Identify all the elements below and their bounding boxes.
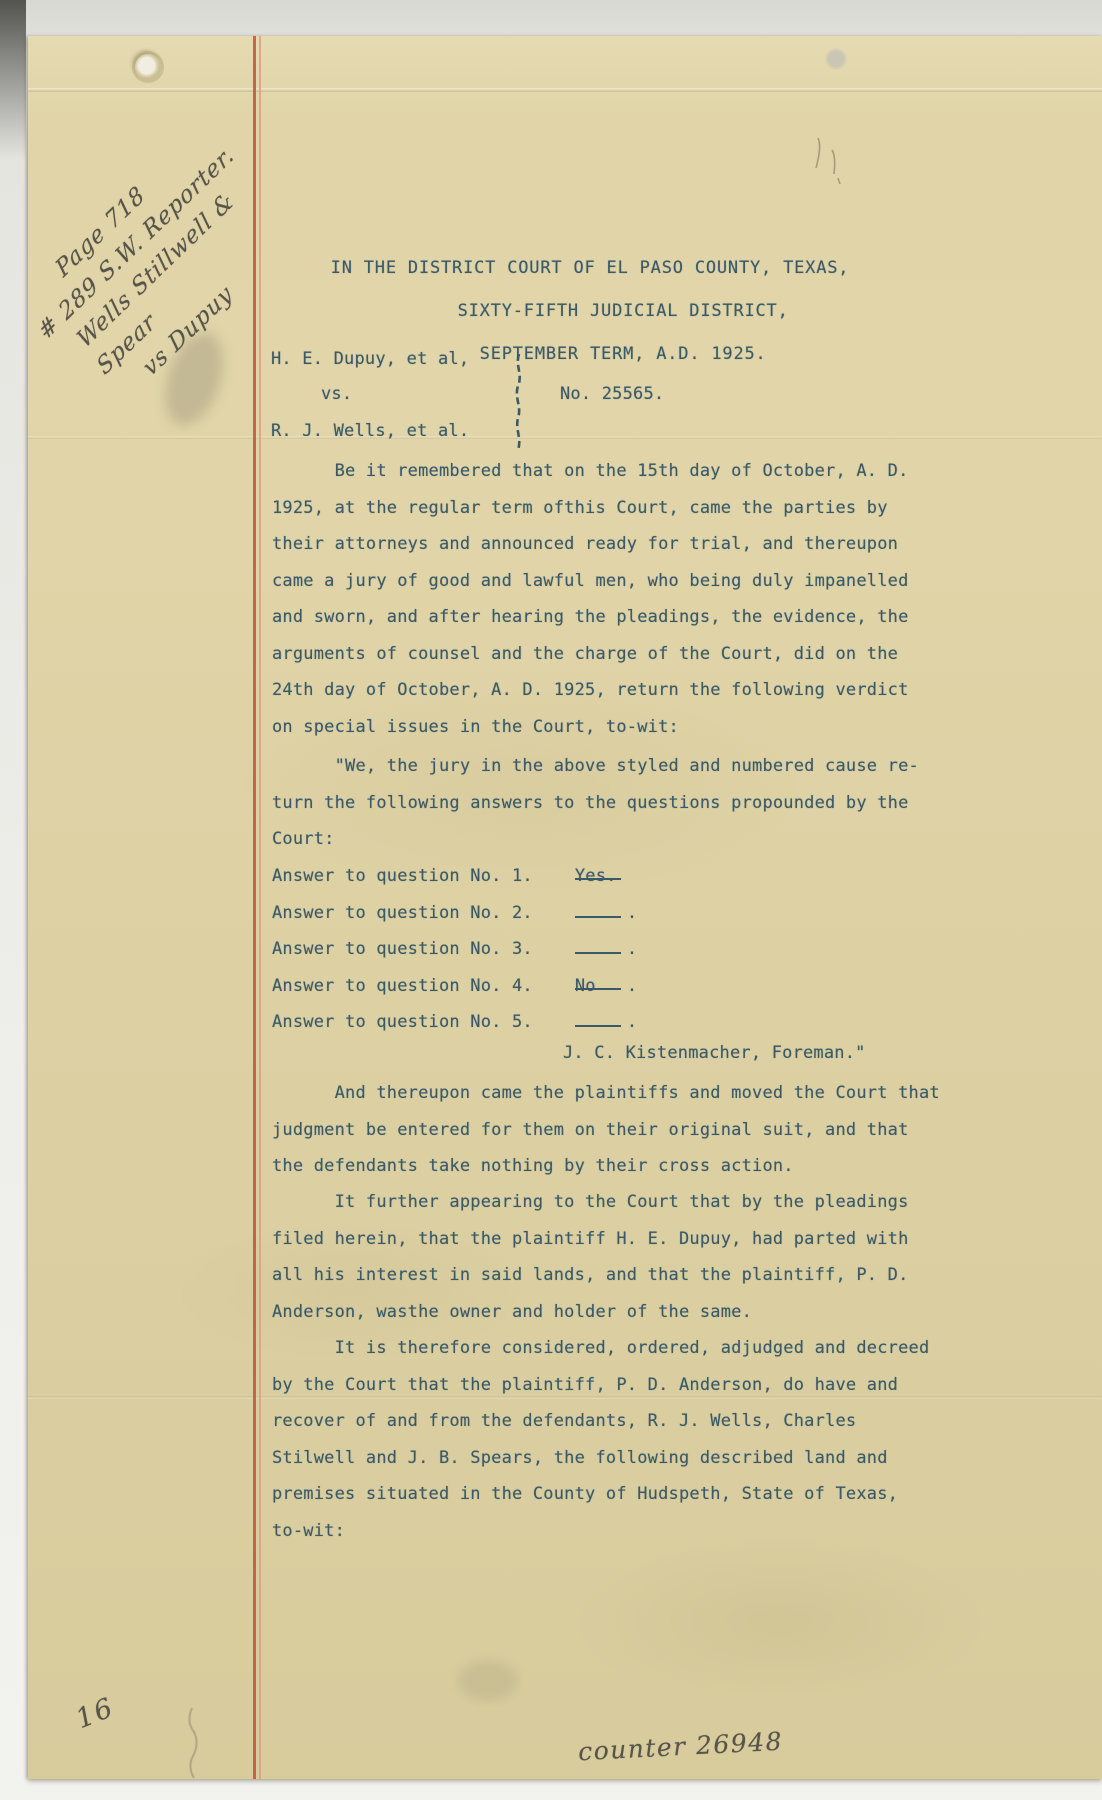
answer-label: Answer to question No. 2. [272,903,533,923]
document-page: Page 718# 289 S.W. Reporter.Wells Stillw… [0,0,1102,1800]
margin-rule-outer [253,36,256,1779]
answer-value [575,896,621,918]
pencil-scribble-icon [808,126,878,196]
answer-value [575,932,621,954]
answer-label: Answer to question No. 5. [272,1012,533,1032]
margin-rule-inner [259,36,261,1779]
page-number-note: 16 [72,1692,119,1735]
caption-brace-icon [512,352,526,454]
counter-note: counter 26948 [577,1727,783,1767]
defendant-line: R. J. Wells, et al. [271,420,469,442]
answer-row: Answer to question No. 1.Yes. [272,858,637,895]
answer-row: Answer to question No. 5.. [272,1004,637,1041]
paper-sheet: Page 718# 289 S.W. Reporter.Wells Stillw… [28,36,1102,1779]
punch-hole-right [825,48,847,70]
answer-label: Answer to question No. 1. [272,866,533,886]
fold-crease-middle [28,436,1102,439]
punch-hole-left [135,54,161,80]
fold-crease-top [28,88,1102,92]
paragraph-ownership: It further appearing to the Court that b… [272,1184,909,1330]
jury-answers: Answer to question No. 1.Yes.Answer to q… [272,858,637,1041]
answer-row: Answer to question No. 4.No. [272,968,637,1005]
foreman-line: J. C. Kistenmacher, Foreman." [563,1042,866,1064]
paragraph-decree: It is therefore considered, ordered, adj… [272,1330,929,1549]
paragraph-motion: And thereupon came the plaintiffs and mo… [272,1075,940,1185]
answer-value: No [575,968,621,990]
plaintiff-line: H. E. Dupuy, et al, [271,348,469,370]
paragraph-verdict-intro: Be it remembered that on the 15th day of… [272,453,909,745]
photo-corner-shadow [0,0,26,160]
answer-row: Answer to question No. 3.. [272,931,637,968]
answer-value: Yes. [575,858,621,880]
heading-line-2: SIXTY-FIFTH JUDICIAL DISTRICT, [458,301,789,321]
vs-line: vs. [321,383,352,405]
pencil-smear-icon [178,1704,208,1784]
paragraph-jury-quote: "We, the jury in the above styled and nu… [272,748,919,858]
answer-suffix: . [627,939,637,959]
answer-suffix: . [627,976,637,996]
answer-label: Answer to question No. 4. [272,976,533,996]
paper-stain [458,1661,518,1701]
answer-suffix: . [627,903,637,923]
answer-value [575,1005,621,1027]
case-number: No. 25565. [560,383,664,405]
heading-line-1: IN THE DISTRICT COURT OF EL PASO COUNTY,… [331,258,850,278]
answer-label: Answer to question No. 3. [272,939,533,959]
answer-row: Answer to question No. 2.. [272,895,637,932]
answer-suffix: . [627,1012,637,1032]
